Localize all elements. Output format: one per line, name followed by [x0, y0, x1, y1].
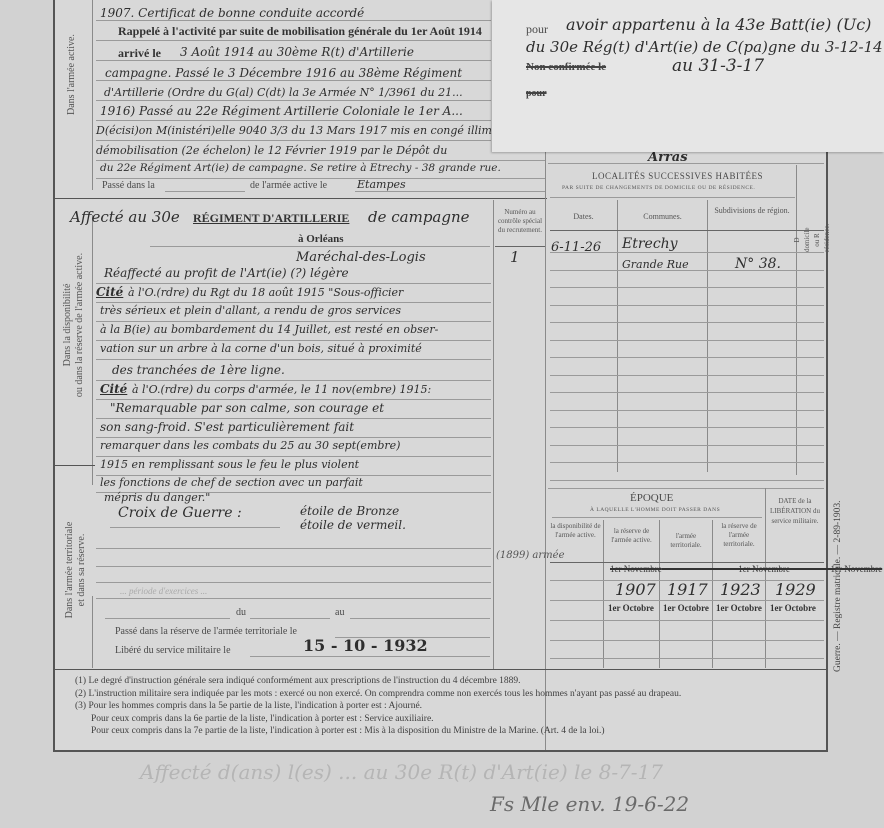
au-label: au	[335, 607, 344, 618]
footnote-2: (2) L'instruction militaire sera indiqué…	[75, 688, 681, 701]
note-struck-pour: pour	[526, 88, 547, 99]
citation-line: à l'O.(rdre) du Rgt du 18 août 1915 "Sou…	[128, 286, 403, 299]
col-header-subdivisions: Subdivisions de région.	[708, 206, 796, 216]
col-divider	[796, 165, 797, 475]
armee-active-le-label: de l'armée active le	[250, 180, 327, 191]
du-label: du	[236, 607, 246, 618]
footnote-text: Pour les hommes compris dans la 5e parti…	[88, 701, 422, 711]
footnote-num: (1)	[75, 676, 86, 686]
active-line-1: 1907. Certificat de bonne conduite accor…	[100, 6, 364, 20]
pasted-note: pour avoir appartenu à la 43e Batt(ie) (…	[492, 0, 884, 152]
line	[96, 598, 491, 599]
active-section-bracket	[92, 0, 93, 190]
line	[96, 120, 491, 121]
side-label-line: ou dans la réserve de l'armée active.	[74, 210, 86, 440]
localite-row-rule	[550, 462, 824, 463]
passe-dans-label: Passé dans la	[102, 180, 155, 191]
footnote-4: Pour ceux compris dans la 6e partie de l…	[75, 713, 681, 726]
line	[550, 197, 795, 198]
line	[96, 548, 491, 549]
active-line-4: campagne. Passé le 3 Décembre 1916 au 38…	[105, 66, 462, 80]
territorial-section-bracket	[92, 596, 93, 668]
croix-item-2: étoile de vermeil.	[300, 518, 406, 532]
epoque-year-4: 1923	[720, 580, 761, 599]
epoque-year-2: 1907	[615, 580, 656, 599]
line	[550, 640, 824, 641]
col-divider	[707, 200, 708, 472]
active-line-rappele: Rappelé à l'activité par suite de mobili…	[118, 24, 482, 39]
citation-line: 1915 en remplissant sous le feu le plus …	[100, 458, 359, 471]
line	[350, 618, 490, 619]
line	[96, 418, 491, 419]
orleans-label: à Orléans	[298, 233, 344, 245]
line	[96, 582, 491, 583]
active-line-9: du 22e Régiment Art(ie) de campagne. Se …	[100, 162, 501, 174]
citation-line: son sang-froid. S'est particulièrement f…	[100, 420, 354, 434]
footnote-text: L'instruction militaire sera indiquée pa…	[88, 689, 681, 699]
cite-label: Cité	[100, 382, 127, 396]
printer-mark: Guerre. — Registre matricule. — 2-89-190…	[832, 501, 844, 672]
footnote-text: Le degré d'instruction générale sera ind…	[88, 676, 520, 686]
epoque-col-4: la réserve de l'armée territoriale.	[713, 522, 765, 549]
line	[96, 340, 491, 341]
left-page-border	[53, 0, 55, 752]
line	[165, 191, 245, 192]
line	[150, 246, 490, 247]
localite-row-rule	[550, 410, 824, 411]
line	[96, 566, 491, 567]
numero-header: Numéro au contrôle spécial du recrutemen…	[495, 208, 545, 235]
citation-line: à l'O.(rdre) du corps d'armée, le 11 nov…	[132, 383, 431, 396]
faded-margin-note: Affecté d(ans) l(es) ... au 30e R(t) d'A…	[140, 760, 663, 784]
line	[96, 100, 491, 101]
passe-reserve-label: Passé dans la réserve de l'armée territo…	[115, 626, 297, 637]
line	[96, 302, 491, 303]
arrive-label: arrivé le	[118, 46, 161, 61]
line	[550, 230, 824, 231]
col-header-dates: Dates.	[550, 212, 617, 222]
epoque-col-2: la réserve de l'armée active.	[604, 527, 659, 545]
footnote-text: Pour ceux compris dans la 6e partie de l…	[91, 714, 434, 724]
epoque-date-5: 1er Octobre	[770, 603, 816, 613]
localite-row-rule	[550, 445, 824, 446]
affecte-hand: Affecté au 30e	[70, 208, 180, 226]
faded-exercise-text: ... période d'exercices ...	[120, 586, 207, 596]
line	[110, 527, 280, 528]
line	[550, 620, 824, 621]
margin-note: Fs Mle env. 19-6-22	[490, 792, 689, 816]
line	[550, 562, 824, 563]
footnote-divider	[55, 669, 827, 670]
epoque-subtitle: À LAQUELLE L'HOMME DOIT PASSER DANS	[590, 507, 720, 513]
note-line-2: du 30e Rég(t) d'Art(ie) de C(pa)gne du 3…	[526, 38, 883, 56]
localite-row-rule	[550, 357, 824, 358]
localite-row-rule	[550, 305, 824, 306]
line	[96, 321, 491, 322]
numero-col-right	[545, 150, 546, 750]
citation-line: très sérieux et plein d'allant, a rendu …	[100, 304, 401, 317]
citation-line: mépris du danger."	[104, 491, 210, 504]
localite-row-rule	[550, 287, 824, 288]
epoque-col-3: l'armée territoriale.	[660, 532, 712, 550]
numero-lower: (1899) armée	[496, 550, 565, 561]
libere-date: 15 - 10 - 1932	[303, 636, 428, 655]
croix-item-1: étoile de Bronze	[300, 504, 399, 518]
section-divider	[55, 198, 547, 199]
line	[250, 618, 330, 619]
epoque-date-3: 1er Octobre	[663, 603, 709, 613]
localite-row-rule	[550, 270, 824, 271]
date-liberation-header: DATE de la LIBÉRATION du service militai…	[766, 496, 824, 526]
line	[96, 20, 491, 21]
side-label-active: Dans l'armée active.	[66, 34, 78, 115]
note-struck-label: Non confirmée le	[526, 61, 606, 73]
epoque-title: ÉPOQUE	[630, 492, 673, 504]
dispo-section-bracket	[92, 215, 93, 485]
footnotes: (1) Le degré d'instruction générale sera…	[75, 675, 681, 738]
note-line-3: au 31-3-17	[672, 56, 764, 76]
line	[96, 40, 491, 41]
regiment-print: RÉGIMENT D'ARTILLERIE	[193, 211, 349, 226]
localites-title: LOCALITÉS SUCCESSIVES HABITÉES	[592, 171, 763, 181]
footnote-text: Pour ceux compris dans la 7e partie de l…	[91, 726, 605, 736]
footnote-1: (1) Le degré d'instruction générale sera…	[75, 675, 681, 688]
localites-subtitle: PAR SUITE DE CHANGEMENTS DE DOMICILE OU …	[562, 185, 755, 191]
localite-commune-1: Etrechy	[622, 236, 678, 252]
line	[96, 359, 491, 360]
epoque-year-5: 1929	[775, 580, 816, 599]
citation-line: Réaffecté au profit de l'Art(ie) (?) lég…	[104, 266, 349, 280]
line	[495, 246, 545, 247]
footnote-5: Pour ceux compris dans la 7e partie de l…	[75, 725, 681, 738]
localite-row-rule	[550, 375, 824, 376]
side-label-disponibilite: Dans la disponibilité ou dans la réserve…	[62, 210, 86, 440]
epoque-date-4: 1er Octobre	[716, 603, 762, 613]
active-line-5: d'Artillerie (Ordre du G(al) C(dt) la 3e…	[104, 86, 463, 99]
line	[96, 140, 491, 141]
localite-row-rule	[550, 480, 824, 481]
section-divider	[55, 465, 95, 466]
libere-label: Libéré du service militaire le	[115, 645, 231, 656]
line	[96, 380, 491, 381]
grade-hand: Maréchal-des-Logis	[296, 250, 426, 265]
footnote-num: (2)	[75, 689, 86, 699]
note-pour-label: pour	[526, 22, 548, 37]
croix-label: Croix de Guerre :	[118, 505, 242, 521]
regiment-hand: de campagne	[368, 208, 470, 226]
bottom-page-border	[53, 750, 828, 752]
active-line-7: D(écisi)on M(inistéri)elle 9040 3/3 du 1…	[96, 124, 523, 137]
citation-line: des tranchées de 1ère ligne.	[112, 363, 285, 377]
side-label-line: Dans l'armée territoriale	[64, 510, 76, 630]
citation-line: à la B(ie) au bombardement du 14 Juillet…	[100, 323, 438, 336]
side-label-line: Dans la disponibilité	[62, 210, 74, 440]
line	[550, 658, 824, 659]
line	[96, 437, 491, 438]
side-label-territorial: Dans l'armée territoriale et dans sa rés…	[64, 510, 88, 630]
passe-value: Etampes	[357, 178, 406, 191]
col-divider	[617, 200, 618, 472]
citation-line: remarquer dans les combats du 25 au 30 s…	[100, 439, 400, 452]
line	[548, 488, 824, 489]
citation-line: les fonctions de chef de section avec un…	[100, 476, 363, 489]
cite-label: Cité	[96, 285, 123, 299]
localite-row-rule	[550, 427, 824, 428]
line	[550, 600, 824, 601]
line	[105, 618, 230, 619]
localite-row-rule	[550, 252, 824, 253]
line	[96, 456, 491, 457]
footnote-num: (3)	[75, 701, 86, 711]
epoque-date-2: 1er Octobre	[608, 603, 654, 613]
numero-value: 1	[510, 248, 520, 266]
note-line-1: avoir appartenu à la 43e Batt(ie) (Uc)	[566, 15, 871, 34]
line	[250, 656, 490, 657]
numero-col-left	[493, 200, 494, 670]
localite-row-rule	[550, 392, 824, 393]
localite-row-rule	[550, 340, 824, 341]
active-line-6: 1916) Passé au 22e Régiment Artillerie C…	[100, 104, 463, 118]
citation-line: "Remarquable par son calme, son courage …	[110, 401, 384, 415]
col-header-dr: D domicile ou R résidence.	[792, 228, 832, 252]
side-label-line: et dans sa réserve.	[76, 510, 88, 630]
epoque-year-3: 1917	[667, 580, 708, 599]
line	[355, 191, 545, 192]
active-line-arrive: 3 Août 1914 au 30ème R(t) d'Artillerie	[180, 45, 414, 59]
line	[96, 80, 491, 81]
struck-text: 1er Novembre	[610, 564, 662, 574]
line	[552, 517, 762, 518]
line	[96, 160, 546, 161]
col-header-communes: Communes.	[618, 212, 707, 222]
localite-row-rule	[550, 322, 824, 323]
epoque-col-1: la disponibilité de l'armée active.	[548, 522, 603, 540]
line	[96, 399, 491, 400]
line	[548, 163, 824, 164]
line	[96, 178, 546, 179]
line	[96, 283, 491, 284]
active-line-8: démobilisation (2e échelon) le 12 Févrie…	[96, 144, 447, 157]
citation-line: vation sur un arbre à la corne d'un bois…	[100, 342, 422, 355]
footnote-3: (3) Pour les hommes compris dans la 5e p…	[75, 700, 681, 713]
